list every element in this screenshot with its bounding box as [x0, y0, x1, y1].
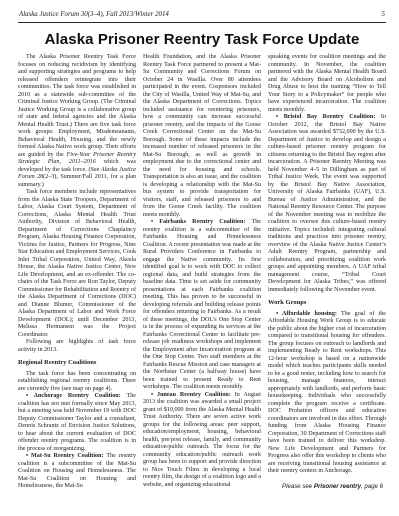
bullet-paragraph: • Affordable housing: The goal of the Af…	[268, 311, 386, 476]
continuation-note: Please see Prisoner reentry, page 6	[268, 483, 383, 491]
section-heading: Work Groups	[268, 299, 386, 307]
paragraph-lead: • Mat-Su Reentry Coalition:	[26, 453, 106, 459]
bullet-paragraph: • Anchorage Reentry Coalition: The coali…	[18, 393, 136, 453]
paragraph-lead: • Anchorage Reentry Coalition:	[26, 393, 127, 399]
running-header: Alaska Justice Forum 30(3–4), Fall 2013/…	[18, 11, 386, 19]
bullet-paragraph: • Juneau Reentry Coalition: In August 20…	[143, 392, 261, 490]
article-body: The Alaska Prisoner Reentry Task Force f…	[18, 54, 386, 491]
header-rule	[18, 22, 386, 24]
article-title: Alaska Prisoner Reentry Task Force Updat…	[18, 31, 386, 48]
paragraph: The task force has been concentrating on…	[18, 371, 136, 394]
paragraph-lead: • Bristol Bay Reentry Coalition:	[276, 114, 381, 120]
text-column-3: speaking events for coalition meetings a…	[268, 54, 386, 491]
paragraph-lead: • Fairbanks Reentry Coalition:	[151, 219, 252, 225]
paragraph: Task force members include representativ…	[18, 189, 136, 339]
bullet-paragraph: • Mat-Su Reentry Coalition: The reentry …	[18, 453, 136, 491]
journal-page: Alaska Justice Forum 30(3–4), Fall 2013/…	[0, 0, 399, 516]
section-heading: Regional Reentry Coalitions	[18, 359, 136, 367]
journal-citation: Alaska Justice Forum 30(3–4), Fall 2013/…	[19, 11, 169, 19]
paragraph: speaking events for coalition meetings a…	[268, 54, 386, 114]
text-column-1: The Alaska Prisoner Reentry Task Force f…	[18, 54, 136, 491]
page-number: 5	[382, 11, 385, 19]
bullet-paragraph: • Fairbanks Reentry Coalition: The reent…	[143, 219, 261, 392]
text-column-2: Health Foundation, and the Alaska Prison…	[143, 54, 261, 491]
bullet-paragraph: • Bristol Bay Reentry Coalition: In Octo…	[268, 114, 386, 294]
paragraph: Following are highlights of task force a…	[18, 339, 136, 354]
paragraph: Health Foundation, and the Alaska Prison…	[143, 54, 261, 219]
paragraph: The Alaska Prisoner Reentry Task Force f…	[18, 54, 136, 189]
paragraph-lead: • Juneau Reentry Coalition:	[151, 392, 235, 398]
paragraph-lead: • Affordable housing:	[276, 311, 341, 317]
